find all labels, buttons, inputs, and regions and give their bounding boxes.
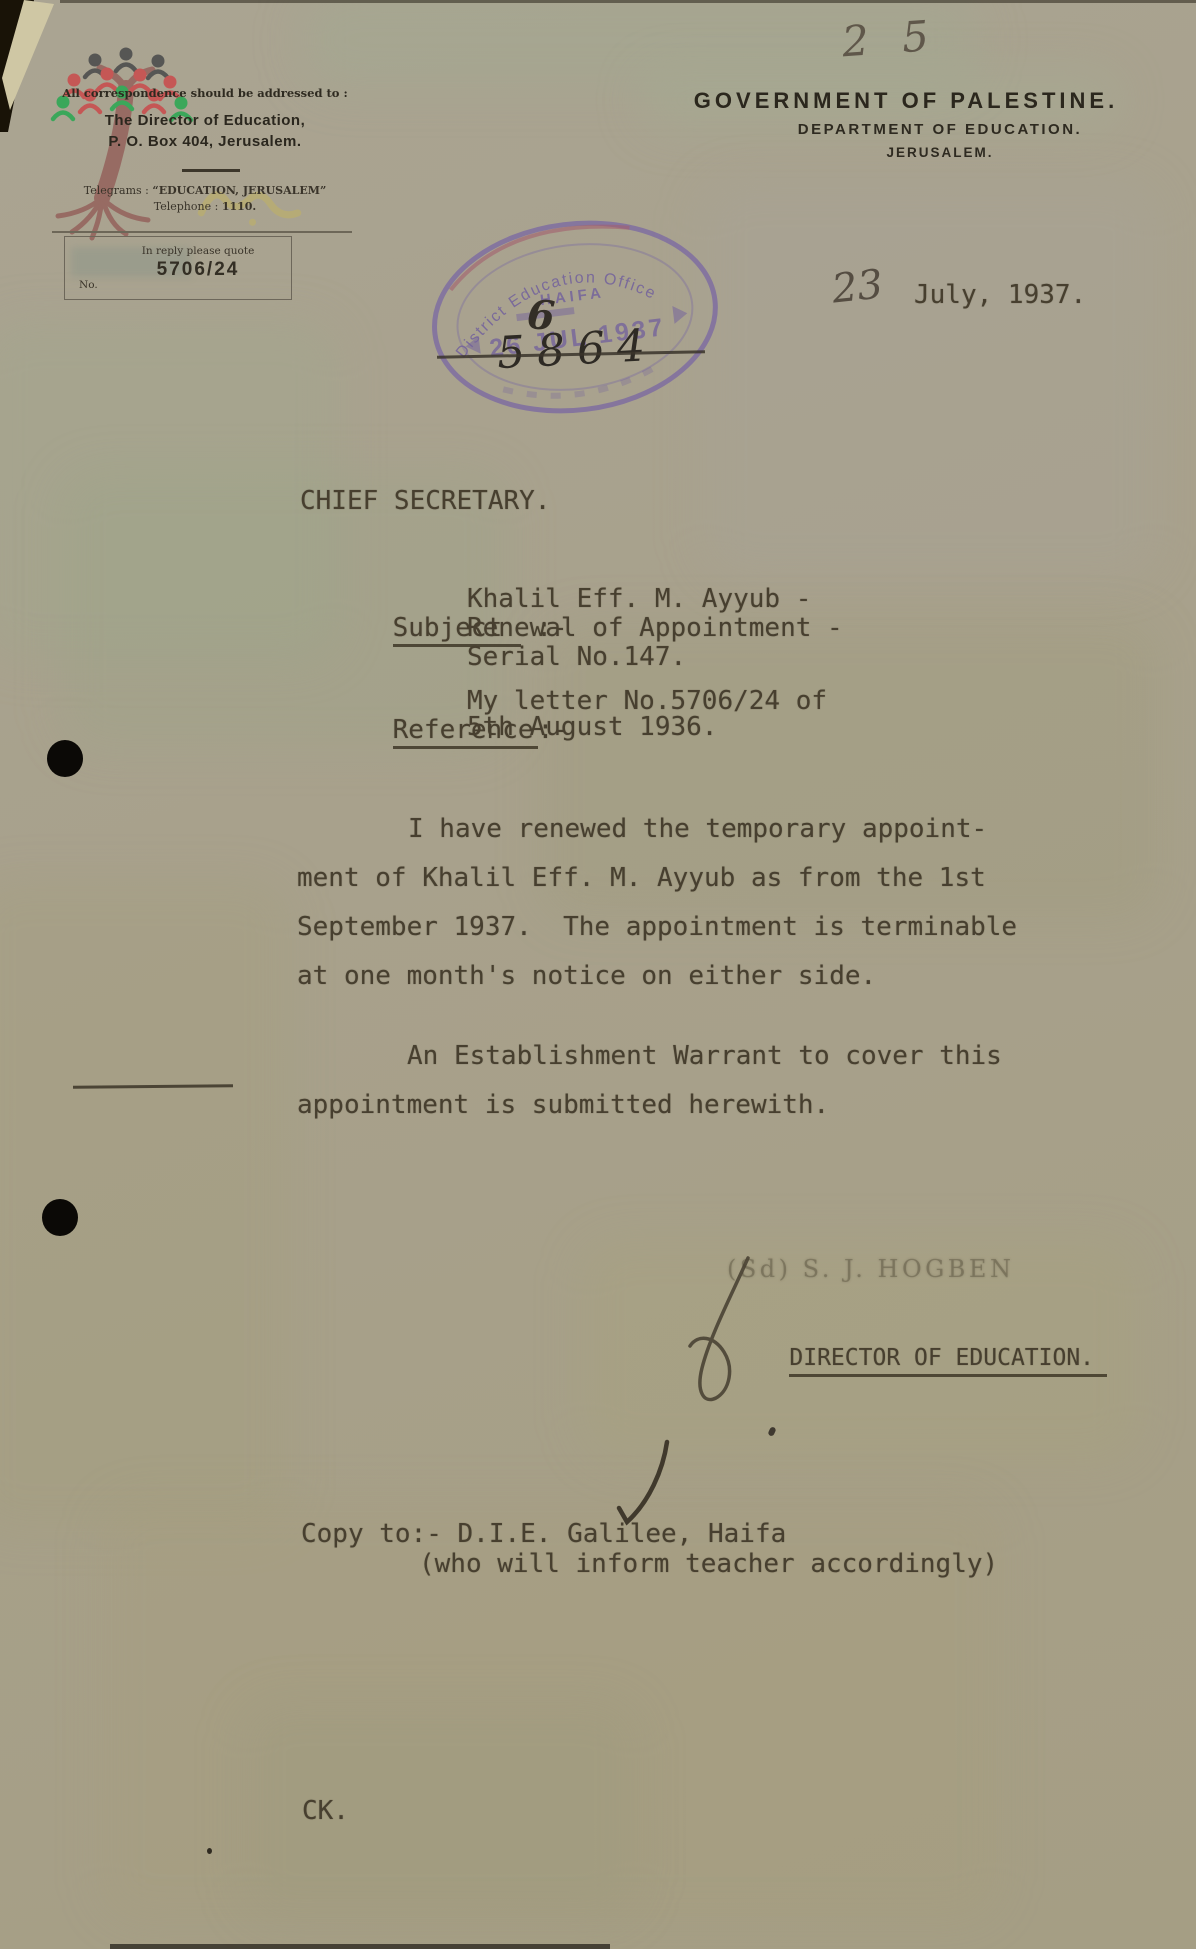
hole-punch [42,1199,78,1236]
handwritten-date-day: 23 [830,261,885,312]
signature-stamp-name: (Sd) S. J. HOGBEN [727,1255,1014,1283]
paper-texture-patch [240,1700,640,1920]
telegrams-line: Telegrams : “EDUCATION, JERUSALEM” [55,184,355,197]
typed-date: July, 1937. [914,281,1086,310]
city-heading: JERUSALEM. [690,145,1190,160]
telephone-value: 1110. [222,200,256,213]
body-line: appointment is submitted herewith. [297,1091,829,1120]
body-line: September 1937. The appointment is termi… [297,913,1017,942]
government-heading: GOVERNMENT OF PALESTINE. [656,88,1156,114]
telephone-label: Telephone : [154,200,219,213]
subject-line-3: Serial No.147. [467,643,686,672]
subject-line-2: Renewal of Appointment - [467,614,843,643]
typist-initials: CK. [302,1797,349,1826]
copy-to-line-1: Copy to:- D.I.E. Galilee, Haifa [301,1520,786,1549]
telephone-line: Telephone : 1110. [55,200,355,213]
paper-texture-patch [0,880,290,1530]
department-heading: DEPARTMENT OF EDUCATION. [690,121,1190,138]
reply-quote-box: In reply please quote 5706/24 No. [64,236,292,300]
scanned-letter-page: All correspondence should be addressed t… [0,0,1196,1949]
subject-line-1: Khalil Eff. M. Ayyub - [467,585,811,614]
body-line: I have renewed the temporary appoint- [408,815,987,844]
handwritten-page-number: 2 5 [840,11,940,67]
reference-line-2: 5th August 1936. [467,713,717,742]
copy-to-line-2: (who will inform teacher accordingly) [419,1550,998,1579]
letterhead-divider-long [52,231,352,233]
signature-title: DIRECTOR OF EDUCATION. [734,1315,1107,1406]
letterhead-divider-short [182,169,240,172]
handwritten-register-number: 5864 [496,320,658,379]
ink-dot [767,1426,776,1437]
body-line: An Establishment Warrant to cover this [407,1042,1002,1071]
telegrams-label: Telegrams : [84,184,149,197]
paper-texture-patch [700,180,1160,580]
top-edge-line [60,0,1196,3]
reply-quote-label: In reply please quote [105,245,291,257]
district-office-stamp: District Education Office HAIFA 26 JUL 1… [414,197,737,437]
bottom-edge-line [110,1944,610,1949]
correspondence-note: All correspondence should be addressed t… [55,86,355,100]
telegrams-value: “EDUCATION, JERUSALEM” [152,184,326,197]
hole-punch [47,740,83,777]
no-label: No. [79,279,98,291]
addressee-pobox: P. O. Box 404, Jerusalem. [55,133,355,150]
check-tick-mark [615,1436,675,1531]
paper-texture-patch [0,320,340,660]
reply-quote-number: 5706/24 [105,259,291,281]
body-line: at one month's notice on either side. [297,962,876,991]
recipient-line: CHIEF SECRETARY. [300,487,550,516]
ink-dot [207,1848,212,1854]
addressee-name: The Director of Education, [55,112,355,129]
body-line: ment of Khalil Eff. M. Ayyub as from the… [297,864,986,893]
margin-line [73,1084,233,1088]
